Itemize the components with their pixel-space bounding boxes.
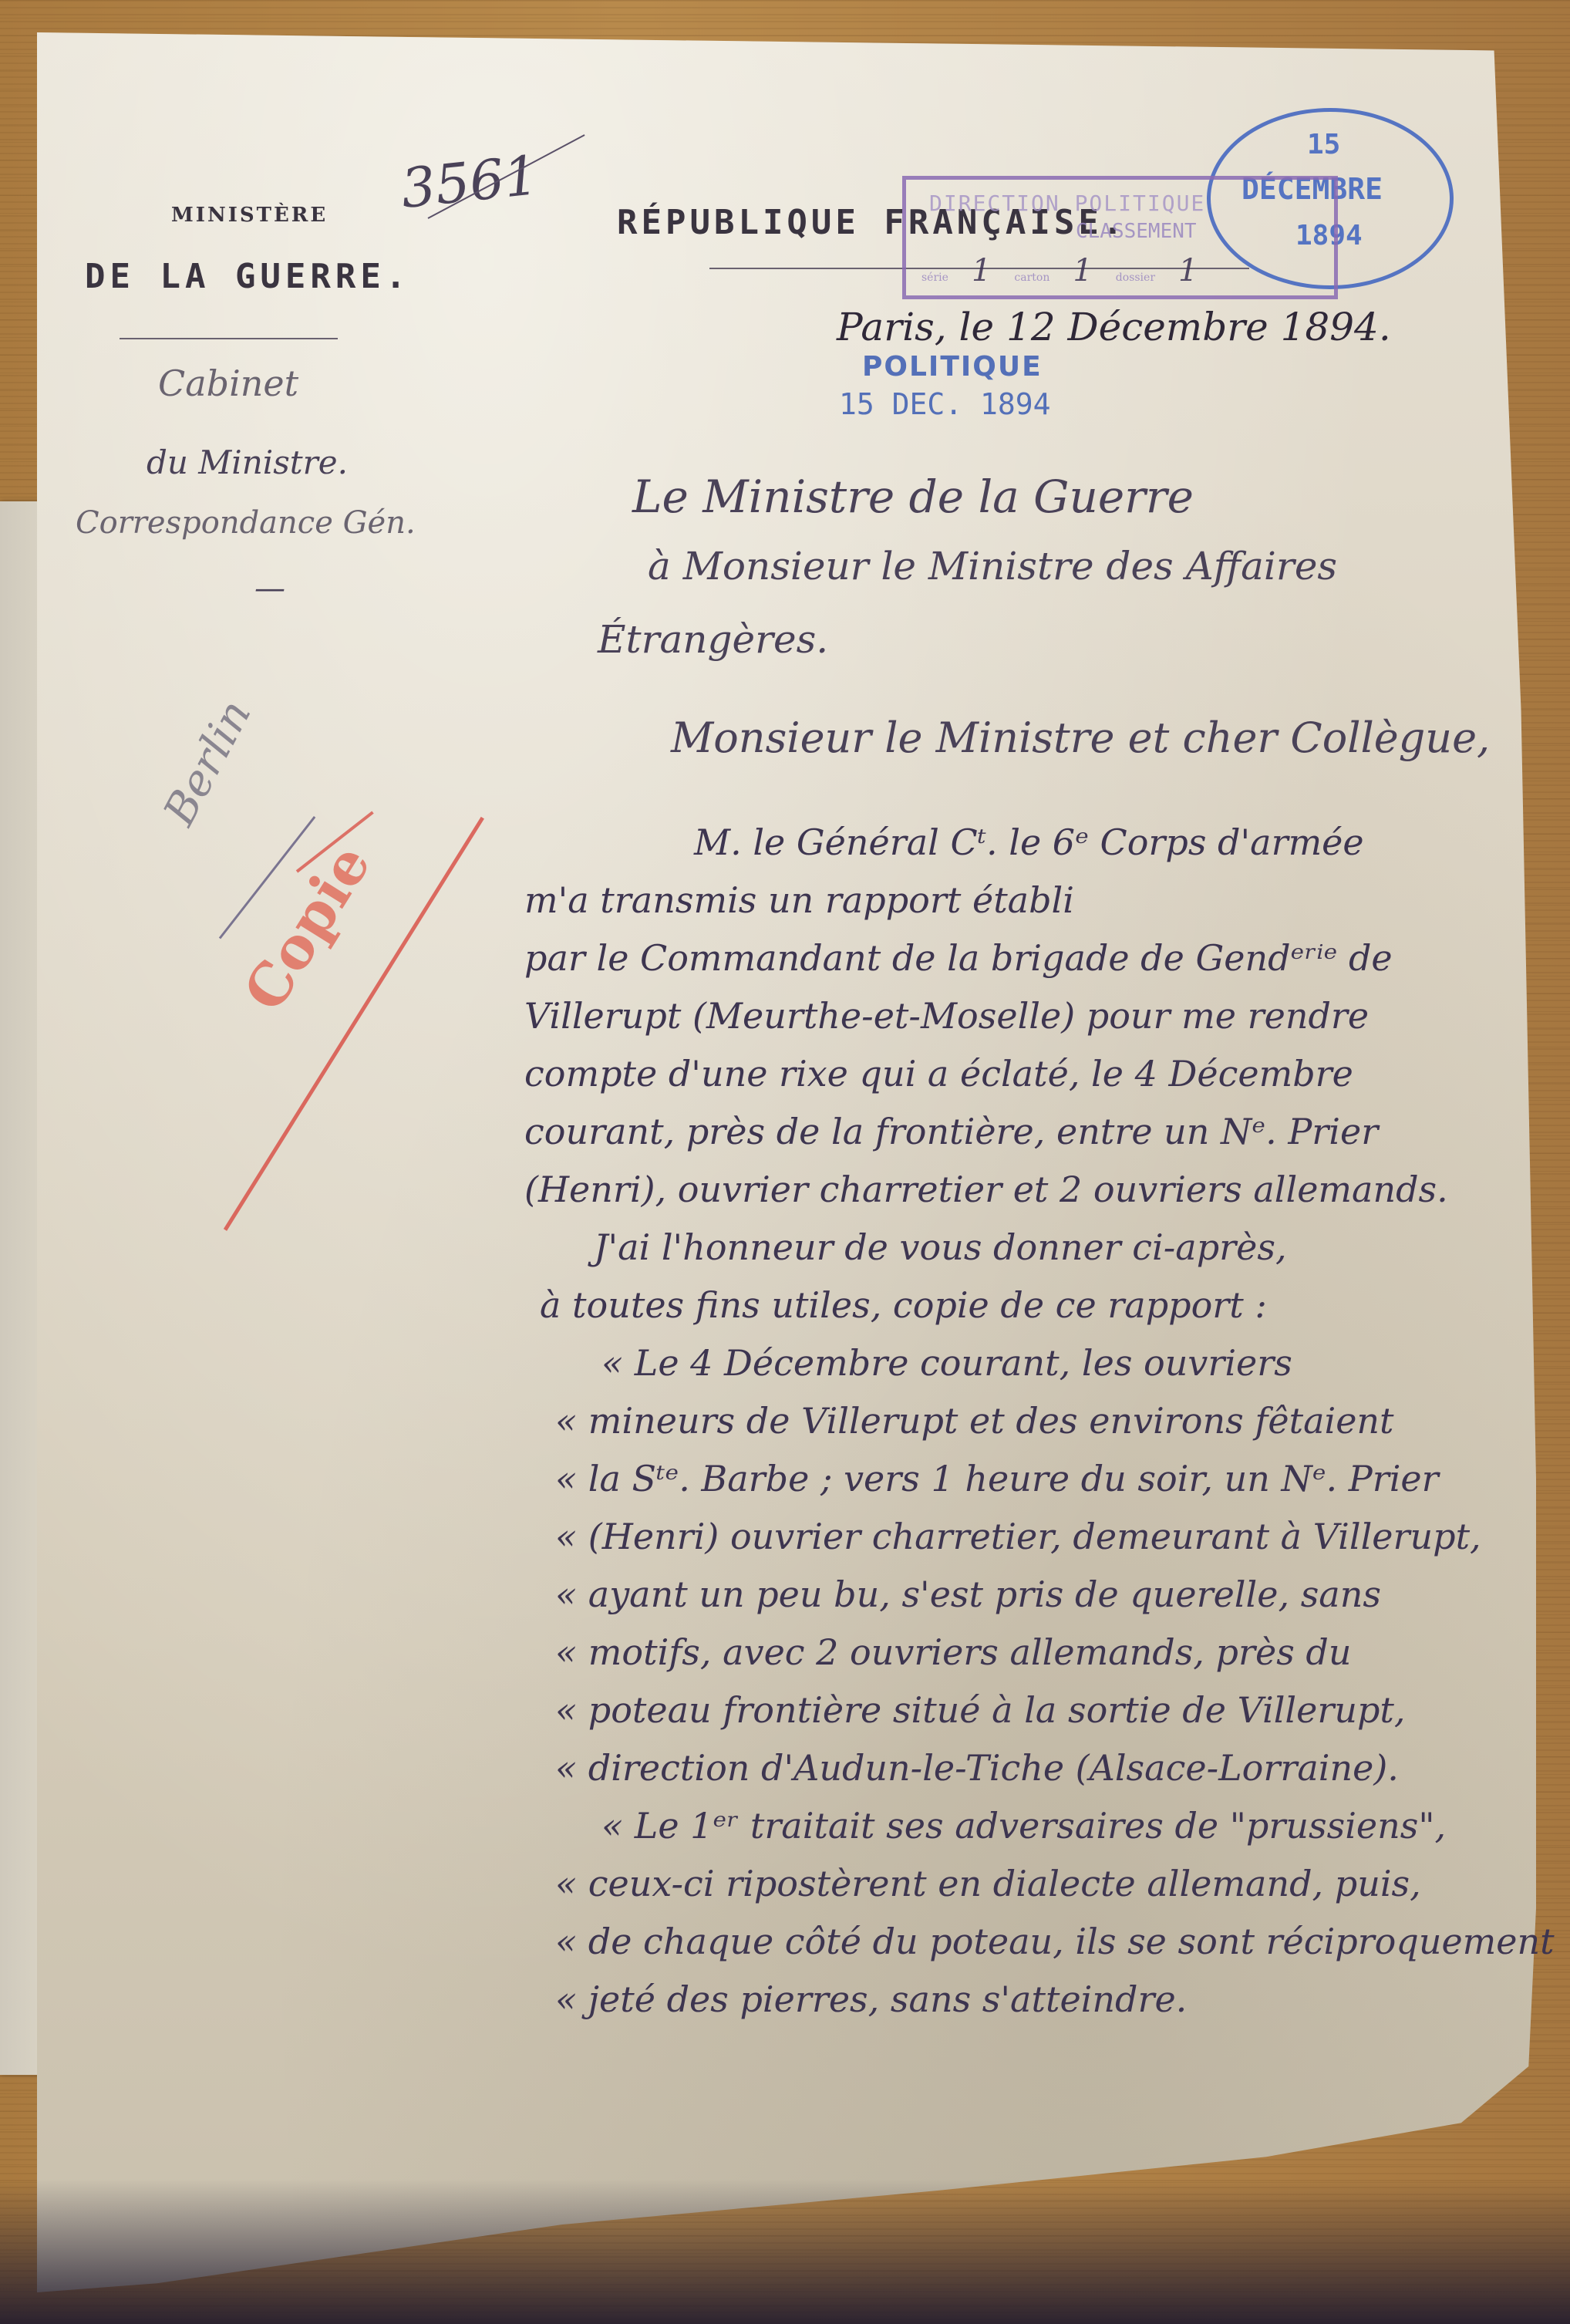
cell-carton-label: carton xyxy=(1014,272,1049,284)
report-line: « jeté des pierres, sans s'atteindre. xyxy=(555,1978,1187,2020)
body-line: par le Commandant de la brigade de Gendᵉ… xyxy=(524,937,1393,979)
body-line: M. le Général Cᵗ. le 6ᵉ Corps d'armée xyxy=(694,821,1364,863)
recipient-line-1: à Monsieur le Ministre des Affaires xyxy=(648,544,1337,589)
politique-stamp: POLITIQUE 15 DEC. 1894 xyxy=(862,351,1051,421)
body-line: à toutes fins utiles, copie de ce rappor… xyxy=(540,1284,1267,1326)
recipient-line-2: Étrangères. xyxy=(598,617,828,662)
report-line: « mineurs de Villerupt et des environs f… xyxy=(555,1400,1394,1442)
cell-dossier-label: dossier xyxy=(1116,272,1155,284)
report-line: « ayant un peu bu, s'est pris de querell… xyxy=(555,1574,1381,1615)
body-line: m'a transmis un rapport établi xyxy=(524,879,1074,921)
report-line: « ceux-ci ripostèrent en dialecte allema… xyxy=(555,1863,1421,1904)
office-correspondance: Correspondance Gén. xyxy=(76,505,416,541)
report-line: « motifs, avec 2 ouvriers allemands, prè… xyxy=(555,1631,1352,1673)
cell-carton-value: 1 xyxy=(1073,253,1092,288)
politique-date: 15 DEC. 1894 xyxy=(839,387,1051,421)
report-line: « direction d'Audun-le-Tiche (Alsace-Lor… xyxy=(555,1747,1399,1789)
report-line: « (Henri) ouvrier charretier, demeurant … xyxy=(555,1516,1481,1557)
letterhead-divider xyxy=(214,338,338,339)
stamp-cells: série 1 carton 1 dossier 1 xyxy=(921,253,1198,288)
office-cabinet: Cabinet xyxy=(158,363,298,404)
politique-label: POLITIQUE xyxy=(862,351,1051,383)
salutation: Monsieur le Ministre et cher Collègue, xyxy=(671,713,1490,762)
letterhead-de-la-guerre: DE LA GUERRE. xyxy=(85,257,410,296)
office-du-ministre: du Ministre. xyxy=(147,444,348,481)
sender-line: Le Ministre de la Guerre xyxy=(632,471,1194,523)
body-line: J'ai l'honneur de vous donner ci-après, xyxy=(594,1226,1287,1268)
stamp-direction: DIRECTION POLITIQUE xyxy=(929,191,1205,216)
body-line: (Henri), ouvrier charretier et 2 ouvrier… xyxy=(524,1169,1448,1210)
cell-serie-value: 1 xyxy=(972,253,991,288)
report-line: « poteau frontière situé à la sortie de … xyxy=(555,1689,1406,1731)
report-line: « la Sᵗᵉ. Barbe ; vers 1 heure du soir, … xyxy=(555,1458,1439,1499)
cell-dossier-value: 1 xyxy=(1178,253,1198,288)
report-line: « Le 1ᵉʳ traitait ses adversaires de "pr… xyxy=(601,1805,1446,1847)
stamp-classement: CLASSEMENT xyxy=(1076,220,1197,243)
report-line: « Le 4 Décembre courant, les ouvriers xyxy=(601,1342,1292,1384)
cell-serie-label: série xyxy=(921,272,948,284)
date-line: Paris, le 12 Décembre 1894. xyxy=(837,305,1391,349)
report-line: « de chaque côté du poteau, ils se sont … xyxy=(555,1921,1555,1962)
stamp-day: 15 xyxy=(1307,129,1340,160)
body-line: compte d'une rixe qui a éclaté, le 4 Déc… xyxy=(524,1053,1353,1095)
body-line: courant, près de la frontière, entre un … xyxy=(524,1111,1378,1152)
body-line: Villerupt (Meurthe-et-Moselle) pour me r… xyxy=(524,995,1369,1037)
letterhead-ministere: MINISTÈRE xyxy=(171,204,328,227)
classement-stamp: DIRECTION POLITIQUE CLASSEMENT série 1 c… xyxy=(902,176,1338,299)
office-dash: — xyxy=(254,571,285,606)
